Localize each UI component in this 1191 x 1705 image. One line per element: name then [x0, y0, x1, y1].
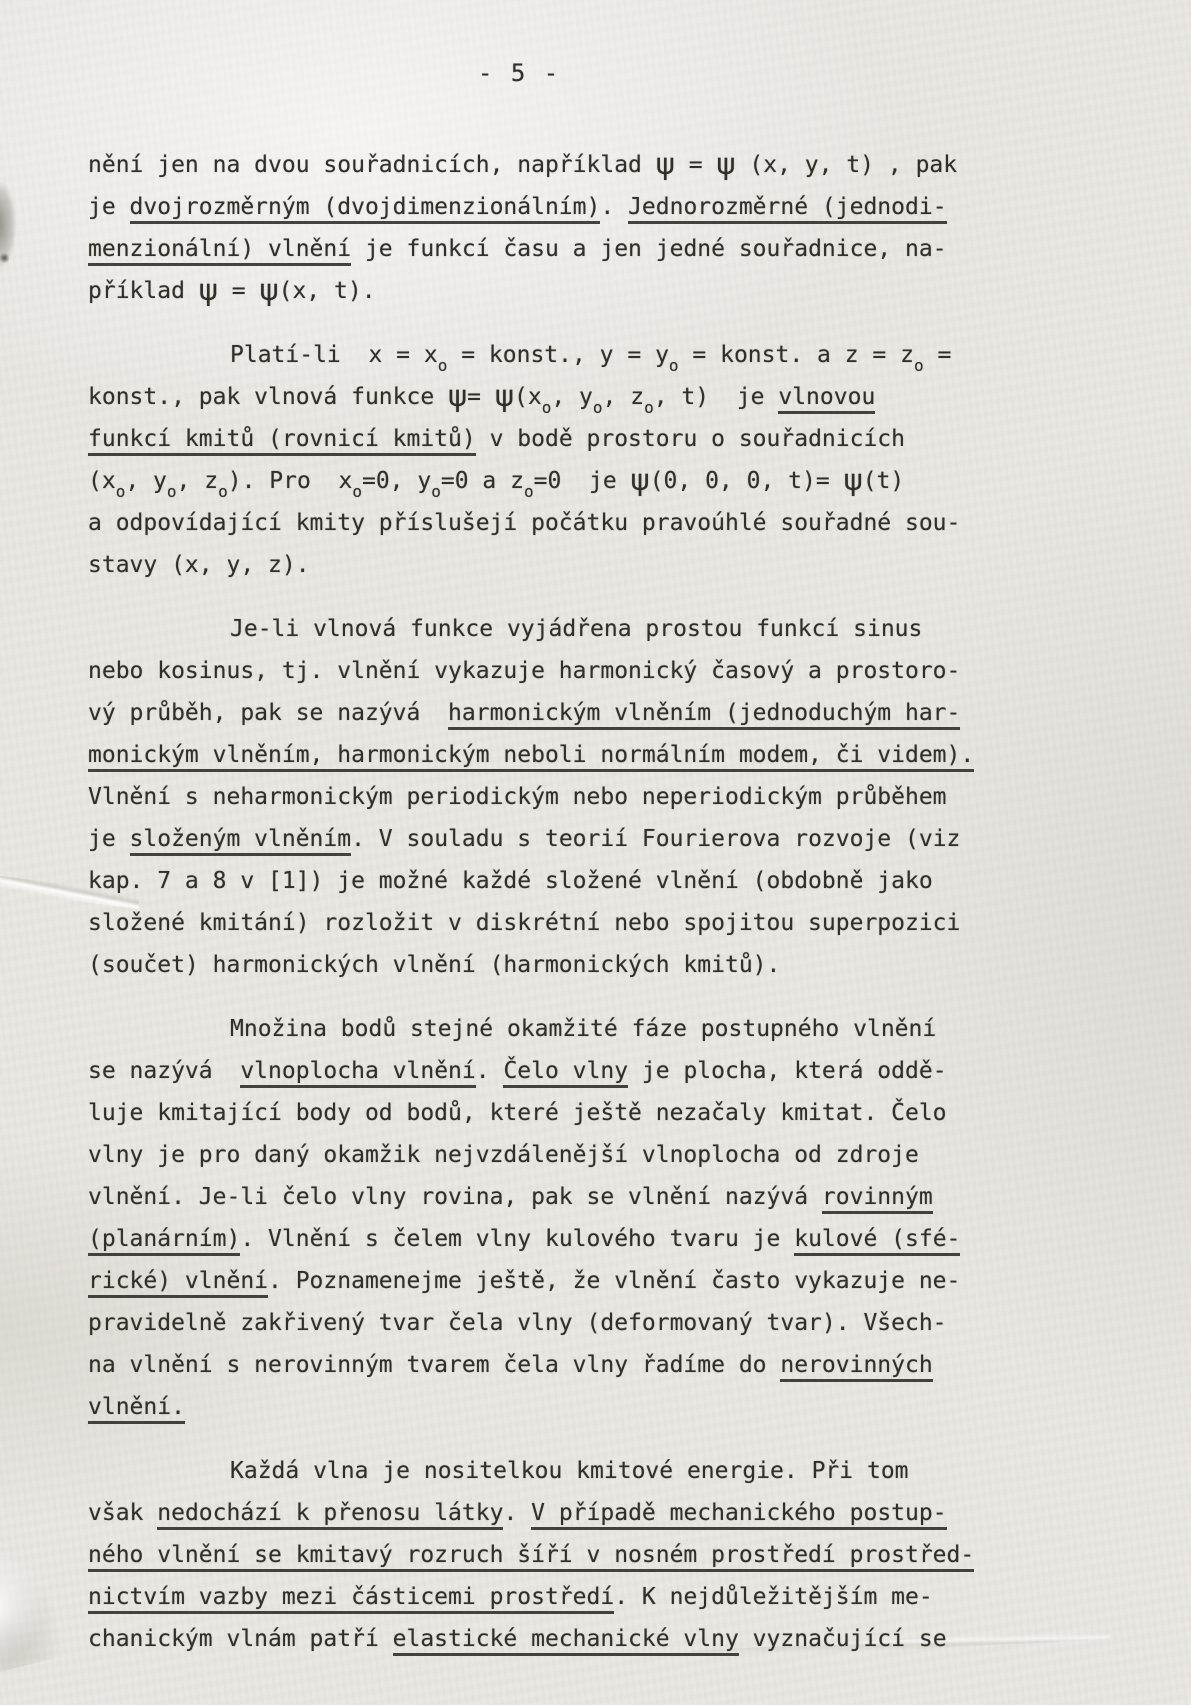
text-run: V případě mechanického postup-: [531, 1500, 946, 1530]
text-line: však nedochází k přenosu látky. V případ…: [88, 1492, 1101, 1534]
text-line: ného vlnění se kmitavý rozruch šíří v no…: [88, 1534, 1101, 1576]
text-line: Vlnění s neharmonickým periodickým nebo …: [88, 776, 1101, 818]
text-line: Množina bodů stejné okamžité fáze postup…: [88, 1008, 1101, 1050]
text-run: , y: [125, 468, 167, 494]
text-run: vlnoplocha vlnění: [240, 1058, 475, 1088]
text-run: vlnění. Je-li čelo vlny rovina, pak se v…: [88, 1184, 822, 1210]
text-run: =: [924, 342, 952, 368]
text-run: (x, t).: [279, 278, 376, 304]
text-run: Vlnění s neharmonickým periodickým nebo …: [88, 784, 947, 810]
text-line: a odpovídající kmity příslušejí počátku …: [88, 502, 1101, 544]
text-line: konst., pak vlnová funkce ψ= ψ(xo, yo, z…: [88, 376, 1101, 418]
text-line: nebo kosinus, tj. vlnění vykazuje harmon…: [88, 650, 1101, 692]
text-run: , t) je: [654, 384, 779, 410]
text-run: kulové (sfé-: [794, 1226, 960, 1256]
text-run: je plocha, která oddě-: [628, 1058, 947, 1084]
text-run: na vlnění s nerovinným tvarem čela vlny …: [88, 1352, 780, 1378]
text-run: v bodě prostoru o souřadnicích: [476, 426, 905, 452]
text-run: .: [600, 194, 628, 220]
page-number: - 5 -: [478, 58, 560, 88]
text-run: . Vlnění s čelem vlny kulového tvaru je: [240, 1226, 794, 1252]
subscript: o: [542, 398, 552, 417]
text-line: složené kmitání) rozložit v diskrétní ne…: [88, 902, 1101, 944]
text-line: rické) vlnění. Poznamenejme ještě, že vl…: [88, 1260, 1101, 1302]
text-line: je složeným vlněním. V souladu s teorií …: [88, 818, 1101, 860]
text-run: Je-li vlnová funkce vyjádřena prostou fu…: [230, 616, 922, 642]
text-run: = konst. a z = z: [679, 342, 914, 368]
paper-ink-spot: [0, 252, 9, 264]
text-line: stavy (x, y, z).: [88, 544, 1101, 586]
text-run: Jednorozměrné (jednodi-: [628, 194, 947, 224]
text-line: vlnění.: [88, 1386, 1101, 1428]
subscript: o: [644, 398, 654, 417]
text-line: na vlnění s nerovinným tvarem čela vlny …: [88, 1344, 1101, 1386]
text-run: menzionální) vlnění: [88, 236, 351, 266]
text-line: příklad ψ = ψ(x, t).: [88, 270, 1101, 312]
paper-tear: [0, 1548, 68, 1672]
text-run: . K nejdůležitějším me-: [614, 1584, 933, 1610]
text-line: Každá vlna je nositelkou kmitové energie…: [88, 1450, 1101, 1492]
text-line: vlny je pro daný okamžik nejvzdálenější …: [88, 1134, 1101, 1176]
text-line: nictvím vazby mezi částicemi prostředí. …: [88, 1576, 1101, 1618]
psi-symbol: ψ: [495, 382, 514, 411]
text-run: , z: [603, 384, 645, 410]
paragraph: Každá vlna je nositelkou kmitové energie…: [88, 1450, 1101, 1660]
text-run: (x: [514, 384, 542, 410]
text-line: monickým vlněním, harmonickým neboli nor…: [88, 734, 1101, 776]
psi-symbol: ψ: [448, 382, 467, 411]
text-run: rovinným: [822, 1184, 933, 1214]
subscript: o: [524, 482, 534, 501]
text-line: (planárním). Vlnění s čelem vlny kulovéh…: [88, 1218, 1101, 1260]
text-run: stavy (x, y, z).: [88, 552, 310, 578]
text-run: . V souladu s teorií Fourierova rozvoje …: [351, 826, 960, 852]
paragraph: Množina bodů stejné okamžité fáze postup…: [88, 1008, 1101, 1428]
text-run: =: [218, 278, 260, 304]
text-run: je: [88, 826, 130, 852]
subscript: o: [669, 356, 679, 375]
text-run: =: [467, 384, 495, 410]
subscript: o: [218, 482, 228, 501]
text-run: kap. 7 a 8 v [1]) je možné každé složené…: [88, 868, 933, 894]
subscript: o: [914, 356, 924, 375]
text-run: vlnovou: [778, 384, 875, 414]
subscript: o: [352, 482, 362, 501]
text-run: pravidelně zakřivený tvar čela vlny (def…: [88, 1310, 947, 1336]
text-run: (0, 0, 0, t)=: [650, 468, 844, 494]
text-run: (t): [863, 468, 905, 494]
paragraph: nění jen na dvou souřadnicích, například…: [88, 144, 1101, 312]
text-run: monickým vlněním, harmonickým neboli nor…: [88, 742, 974, 772]
text-run: (planárním): [88, 1226, 240, 1256]
text-run: je: [88, 194, 130, 220]
text-run: ného vlnění se kmitavý rozruch šíří v no…: [88, 1542, 974, 1572]
document-body: nění jen na dvou souřadnicích, například…: [88, 144, 1101, 1660]
text-run: nerovinných: [780, 1352, 932, 1382]
text-line: vlnění. Je-li čelo vlny rovina, pak se v…: [88, 1176, 1101, 1218]
psi-symbol: ψ: [716, 150, 735, 179]
text-run: rické) vlnění: [88, 1268, 268, 1298]
text-run: .: [503, 1500, 531, 1526]
text-run: Každá vlna je nositelkou kmitové energie…: [230, 1458, 909, 1484]
text-run: vlnění.: [88, 1394, 185, 1424]
text-run: Čelo vlny: [503, 1058, 628, 1088]
text-run: konst., pak vlnová funkce: [88, 384, 448, 410]
text-run: chanickým vlnám patří: [88, 1626, 393, 1652]
text-run: , z: [177, 468, 219, 494]
text-line: kap. 7 a 8 v [1]) je možné každé složené…: [88, 860, 1101, 902]
text-run: (součet) harmonických vlnění (harmonický…: [88, 952, 780, 978]
text-run: = konst., y = y: [447, 342, 669, 368]
text-line: (xo, yo, zo). Pro xo=0, yo=0 a zo=0 je ψ…: [88, 460, 1101, 502]
text-line: nění jen na dvou souřadnicích, například…: [88, 144, 1101, 186]
subscript: o: [431, 482, 441, 501]
text-run: =0, y: [362, 468, 431, 494]
scanned-document-page: - 5 - nění jen na dvou souřadnicích, nap…: [0, 0, 1191, 1705]
text-run: harmonickým vlněním (jednoduchým har-: [448, 700, 960, 730]
subscript: o: [593, 398, 603, 417]
text-run: Množina bodů stejné okamžité fáze postup…: [230, 1016, 936, 1042]
text-line: Je-li vlnová funkce vyjádřena prostou fu…: [88, 608, 1101, 650]
text-run: složené kmitání) rozložit v diskrétní ne…: [88, 910, 960, 936]
text-run: vyznačující se: [739, 1626, 947, 1652]
text-run: .: [476, 1058, 504, 1084]
text-run: . Poznamenejme ještě, že vlnění často vy…: [268, 1268, 960, 1294]
text-run: nictvím vazby mezi částicemi prostředí: [88, 1584, 614, 1614]
paragraph: Platí-li x = xo = konst., y = yo = konst…: [88, 334, 1101, 586]
psi-symbol: ψ: [199, 276, 218, 305]
paragraph: Je-li vlnová funkce vyjádřena prostou fu…: [88, 608, 1101, 986]
text-run: luje kmitající body od bodů, které ještě…: [88, 1100, 947, 1126]
text-run: nebo kosinus, tj. vlnění vykazuje harmon…: [88, 658, 960, 684]
text-run: =: [675, 152, 717, 178]
subscript: o: [167, 482, 177, 501]
text-run: nedochází k přenosu látky: [157, 1500, 503, 1530]
text-line: luje kmitající body od bodů, které ještě…: [88, 1092, 1101, 1134]
text-line: se nazývá vlnoplocha vlnění. Čelo vlny j…: [88, 1050, 1101, 1092]
text-run: nění jen na dvou souřadnicích, například: [88, 152, 656, 178]
text-run: vý průběh, pak se nazývá: [88, 700, 448, 726]
text-run: však: [88, 1500, 157, 1526]
text-run: (x, y, t) , pak: [736, 152, 958, 178]
text-run: ). Pro x: [228, 468, 353, 494]
text-line: (součet) harmonických vlnění (harmonický…: [88, 944, 1101, 986]
text-line: pravidelně zakřivený tvar čela vlny (def…: [88, 1302, 1101, 1344]
text-run: vlny je pro daný okamžik nejvzdálenější …: [88, 1142, 919, 1168]
text-run: příklad: [88, 278, 199, 304]
text-run: dvojrozměrným (dvojdimenzionálním): [130, 194, 601, 224]
psi-symbol: ψ: [656, 150, 675, 179]
text-line: chanickým vlnám patří elastické mechanic…: [88, 1618, 1101, 1660]
text-run: elastické mechanické vlny: [393, 1626, 739, 1656]
text-line: Platí-li x = xo = konst., y = yo = konst…: [88, 334, 1101, 376]
text-run: (x: [88, 468, 116, 494]
text-run: složeným vlněním: [130, 826, 352, 856]
text-run: Platí-li x = x: [230, 342, 438, 368]
psi-symbol: ψ: [631, 466, 650, 495]
text-line: funkcí kmitů (rovnicí kmitů) v bodě pros…: [88, 418, 1101, 460]
text-run: se nazývá: [88, 1058, 240, 1084]
subscript: o: [438, 356, 448, 375]
psi-symbol: ψ: [844, 466, 863, 495]
text-line: menzionální) vlnění je funkcí času a jen…: [88, 228, 1101, 270]
text-run: =0 je: [534, 468, 631, 494]
text-line: vý průběh, pak se nazývá harmonickým vln…: [88, 692, 1101, 734]
text-run: je funkcí času a jen jedné souřadnice, n…: [351, 236, 946, 262]
psi-symbol: ψ: [259, 276, 278, 305]
text-run: a odpovídající kmity příslušejí počátku …: [88, 510, 960, 536]
text-run: , y: [551, 384, 593, 410]
text-run: funkcí kmitů (rovnicí kmitů): [88, 426, 476, 456]
text-run: =0 a z: [441, 468, 524, 494]
subscript: o: [116, 482, 126, 501]
text-line: je dvojrozměrným (dvojdimenzionálním). J…: [88, 186, 1101, 228]
